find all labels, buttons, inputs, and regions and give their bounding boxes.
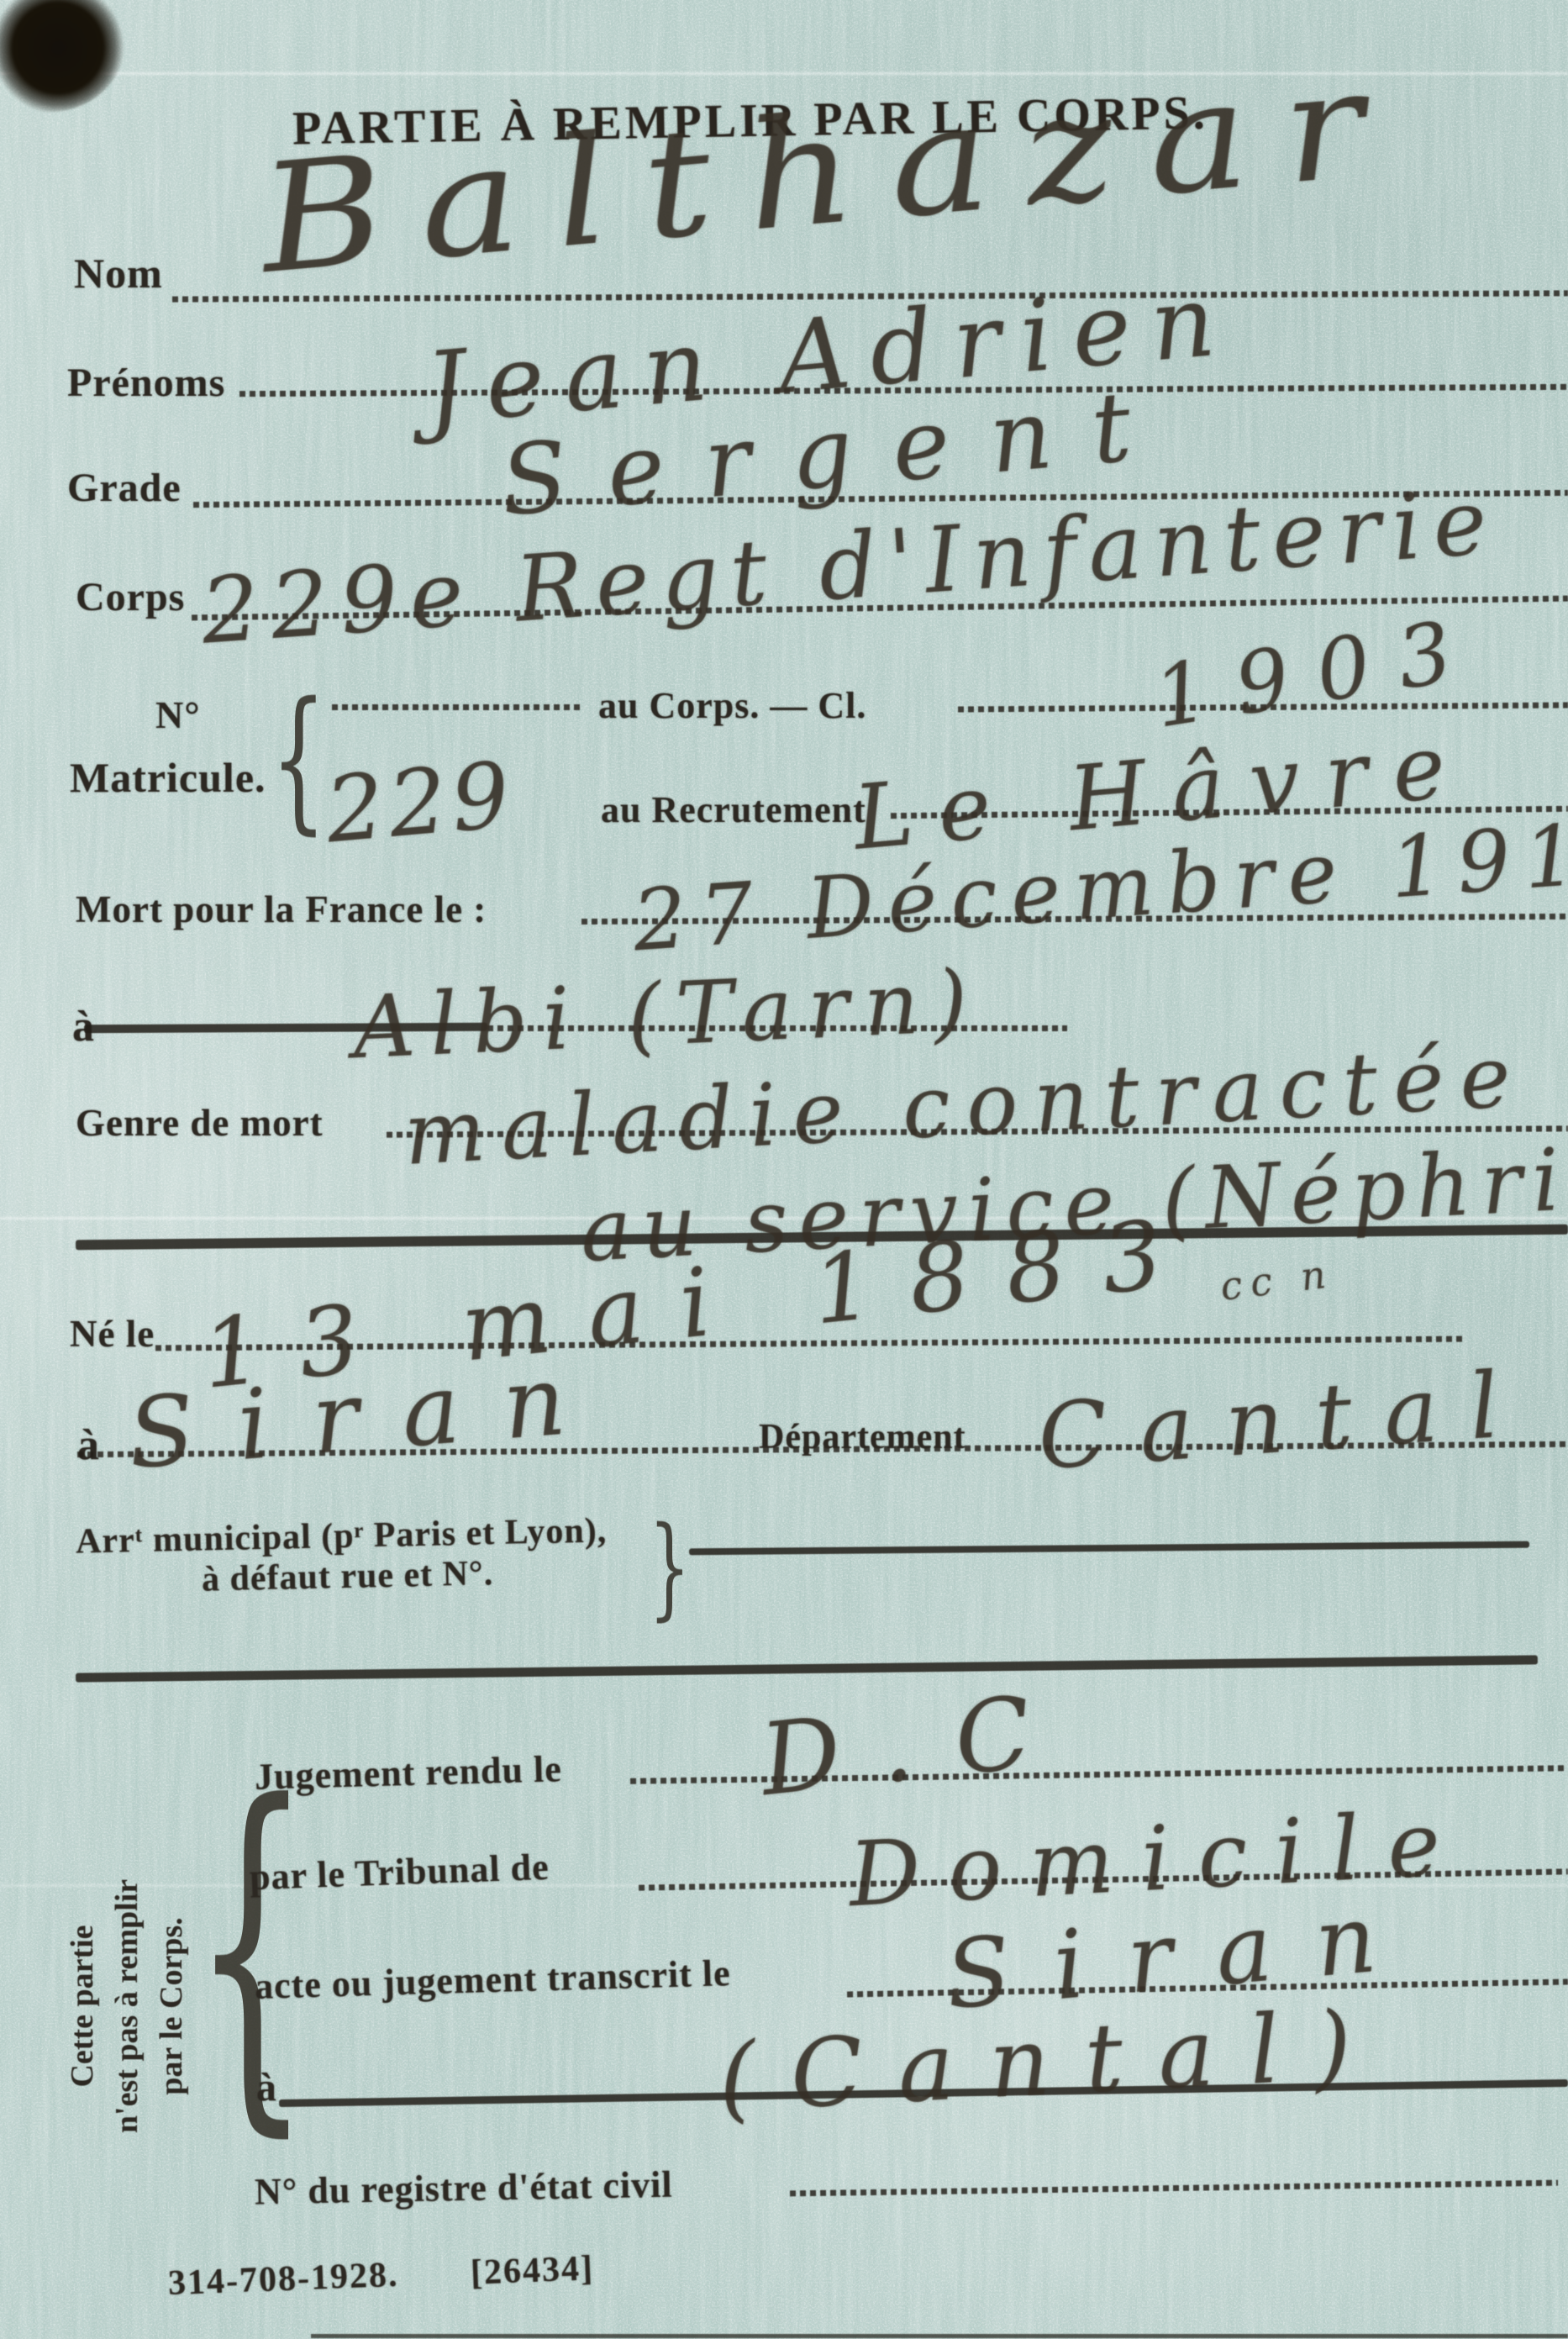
grade-label: Grade: [67, 465, 182, 511]
nom-label: Nom: [74, 249, 163, 298]
jugement-lieu-value: (Cantal): [716, 1989, 1389, 2133]
jugement-rendu-value: D.C: [755, 1670, 1081, 1818]
arrondissement-label-line1: Arrᵗ municipal (pʳ Paris et Lyon),: [76, 1510, 608, 1562]
mort-label: Mort pour la France le :: [76, 888, 487, 931]
jugement-rendu-label: Jugement rendu le: [254, 1747, 562, 1799]
naissance-label: Né le: [70, 1312, 155, 1356]
jugement-brace: {: [192, 1758, 312, 2136]
arrondissement-brace: }: [649, 1513, 691, 1624]
genre-label: Genre de mort: [76, 1101, 324, 1145]
matricule-corps-blank-line: [332, 704, 584, 710]
matricule-numero-value: 229: [322, 742, 518, 863]
au-corps-label: au Corps. — Cl.: [598, 684, 866, 727]
arrondissement-label-line2: à défaut rue et N°.: [202, 1553, 494, 1599]
au-recrutement-label: au Recrutement: [601, 788, 866, 831]
jugement-lieu-label: à: [256, 2064, 277, 2110]
side-note-line1: Cette partie: [61, 1809, 105, 2204]
matricule-label: Matricule.: [70, 753, 266, 802]
transcrit-label: acte ou jugement transcrit le: [254, 1952, 731, 2008]
matricule-no-label: N°: [155, 693, 201, 737]
imprint-reference: [26434]: [470, 2248, 595, 2294]
prenoms-label: Prénoms: [67, 360, 225, 406]
naissance-lieu-label: à: [77, 1420, 100, 1470]
departement-label: Département: [759, 1417, 966, 1457]
departement-value: Cantal: [1034, 1351, 1534, 1491]
registre-label: N° du registre d'état civil: [255, 2163, 673, 2214]
matricule-brace: {: [271, 682, 327, 837]
scan-edge-line: [311, 2334, 1568, 2338]
imprint-code: 314-708-1928.: [167, 2255, 399, 2305]
nom-value: Balthazar: [254, 34, 1407, 307]
arrondissement-blank-line: [689, 1541, 1529, 1556]
scanned-document-card: PARTIE À REMPLIR PAR LE CORPS. Nom Balth…: [0, 0, 1568, 2339]
corps-label: Corps: [76, 574, 185, 620]
section-divider-line: [76, 1655, 1538, 1682]
naissance-lieu-value: Siran: [124, 1341, 613, 1492]
ink-blot: [0, 0, 137, 127]
jugement-side-note: Cette partie n'est pas à remplir par le …: [61, 1809, 203, 2204]
side-note-line2: n'est pas à remplir: [105, 1809, 150, 2204]
genre-annotation: cc n: [1218, 1251, 1336, 1309]
side-note-line3: par le Corps.: [150, 1809, 194, 2204]
registre-line: [790, 2180, 1558, 2197]
